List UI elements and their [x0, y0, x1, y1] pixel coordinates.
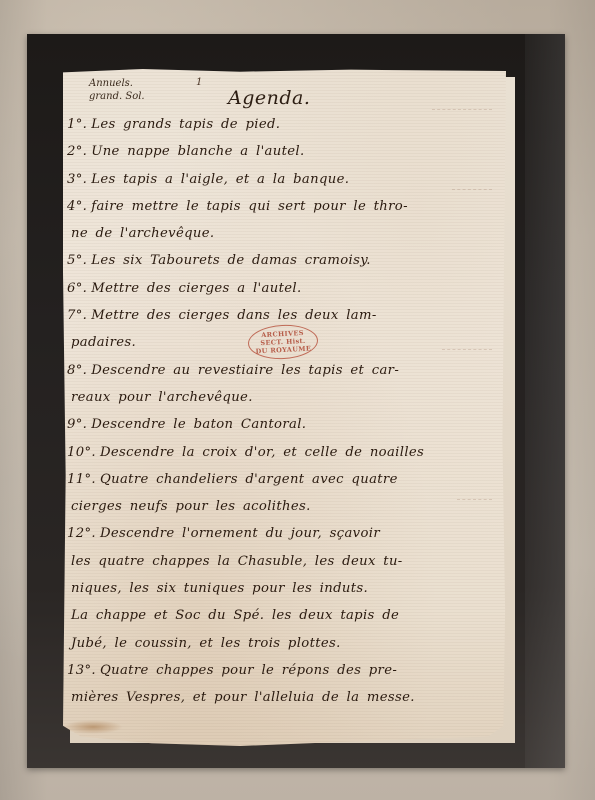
item-text: Descendre le baton Cantoral. [91, 417, 306, 432]
agenda-list: 1°.Les grands tapis de pied. 2°.Une napp… [67, 111, 497, 712]
item-number: 6°. [67, 281, 87, 296]
margin-annotation-line: grand. Sol. [89, 90, 145, 103]
list-item-continuation: les quatre chappes la Chasuble, les deux… [67, 548, 497, 575]
list-item: 2°.Une nappe blanche a l'autel. [67, 138, 497, 165]
item-text: Descendre au revestiaire les tapis et ca… [91, 363, 399, 378]
list-item: 1°.Les grands tapis de pied. [67, 111, 497, 138]
item-text: Les grands tapis de pied. [91, 117, 280, 132]
item-text: Une nappe blanche a l'autel. [91, 144, 304, 159]
margin-mark: 1 [196, 77, 202, 88]
item-text: padaires. [71, 335, 136, 350]
item-number: 8°. [67, 363, 87, 378]
list-item-continuation: reaux pour l'archevêque. [67, 384, 497, 411]
page-title: Agenda. [228, 87, 310, 109]
item-text: niques, les six tuniques pour les induts… [71, 581, 368, 596]
item-text: Descendre la croix d'or, et celle de noa… [100, 445, 424, 460]
item-text: Les tapis a l'aigle, et a la banque. [91, 172, 349, 187]
item-text: cierges neufs pour les acolithes. [71, 499, 311, 514]
list-item: 13°.Quatre chappes pour le répons des pr… [67, 657, 497, 684]
list-item: 3°.Les tapis a l'aigle, et a la banque. [67, 166, 497, 193]
list-item-continuation: La chappe et Soc du Spé. les deux tapis … [67, 602, 497, 629]
item-text: reaux pour l'archevêque. [71, 390, 253, 405]
manuscript-page: Annuels. grand. Sol. 1 Agenda. 1°.Les gr… [63, 69, 506, 746]
list-item: 10°.Descendre la croix d'or, et celle de… [67, 439, 497, 466]
list-item: 11°.Quatre chandeliers d'argent avec qua… [67, 466, 497, 493]
paper-stain [63, 720, 123, 734]
list-item-continuation: Jubé, le coussin, et les trois plottes. [67, 630, 497, 657]
margin-annotation: Annuels. grand. Sol. [89, 77, 145, 103]
list-item: 8°.Descendre au revestiaire les tapis et… [67, 357, 497, 384]
item-text: faire mettre le tapis qui sert pour le t… [91, 199, 408, 214]
item-number: 5°. [67, 253, 87, 268]
item-text: La chappe et Soc du Spé. les deux tapis … [71, 608, 399, 623]
list-item: 9°.Descendre le baton Cantoral. [67, 411, 497, 438]
item-text: ne de l'archevêque. [71, 226, 214, 241]
list-item: 6°.Mettre des cierges a l'autel. [67, 275, 497, 302]
item-text: Quatre chandeliers d'argent avec quatre [100, 472, 398, 487]
list-item-continuation: mières Vespres, et pour l'alleluia de la… [67, 684, 497, 711]
item-number: 2°. [67, 144, 87, 159]
item-text: Mettre des cierges a l'autel. [91, 281, 301, 296]
list-item: 5°.Les six Tabourets de damas cramoisy. [67, 247, 497, 274]
item-number: 3°. [67, 172, 87, 187]
item-text: Quatre chappes pour le répons des pre- [100, 663, 397, 678]
item-number: 11°. [67, 472, 96, 487]
list-item-continuation: niques, les six tuniques pour les induts… [67, 575, 497, 602]
item-number: 1°. [67, 117, 87, 132]
item-text: Mettre des cierges dans les deux lam- [91, 308, 376, 323]
list-item: 4°.faire mettre le tapis qui sert pour l… [67, 193, 497, 220]
item-number: 9°. [67, 417, 87, 432]
item-number: 12°. [67, 526, 96, 541]
item-text: mières Vespres, et pour l'alleluia de la… [71, 690, 415, 705]
list-item-continuation: ne de l'archevêque. [67, 220, 497, 247]
mat-glare [525, 34, 565, 768]
item-number: 4°. [67, 199, 87, 214]
item-number: 13°. [67, 663, 96, 678]
item-text: Descendre l'ornement du jour, sçavoir [100, 526, 380, 541]
item-number: 10°. [67, 445, 96, 460]
list-item: 12°.Descendre l'ornement du jour, sçavoi… [67, 520, 497, 547]
margin-annotation-line: Annuels. [89, 77, 145, 90]
item-text: les quatre chappes la Chasuble, les deux… [71, 554, 403, 569]
item-text: Les six Tabourets de damas cramoisy. [91, 253, 371, 268]
item-text: Jubé, le coussin, et les trois plottes. [71, 636, 341, 651]
item-number: 7°. [67, 308, 87, 323]
list-item-continuation: cierges neufs pour les acolithes. [67, 493, 497, 520]
